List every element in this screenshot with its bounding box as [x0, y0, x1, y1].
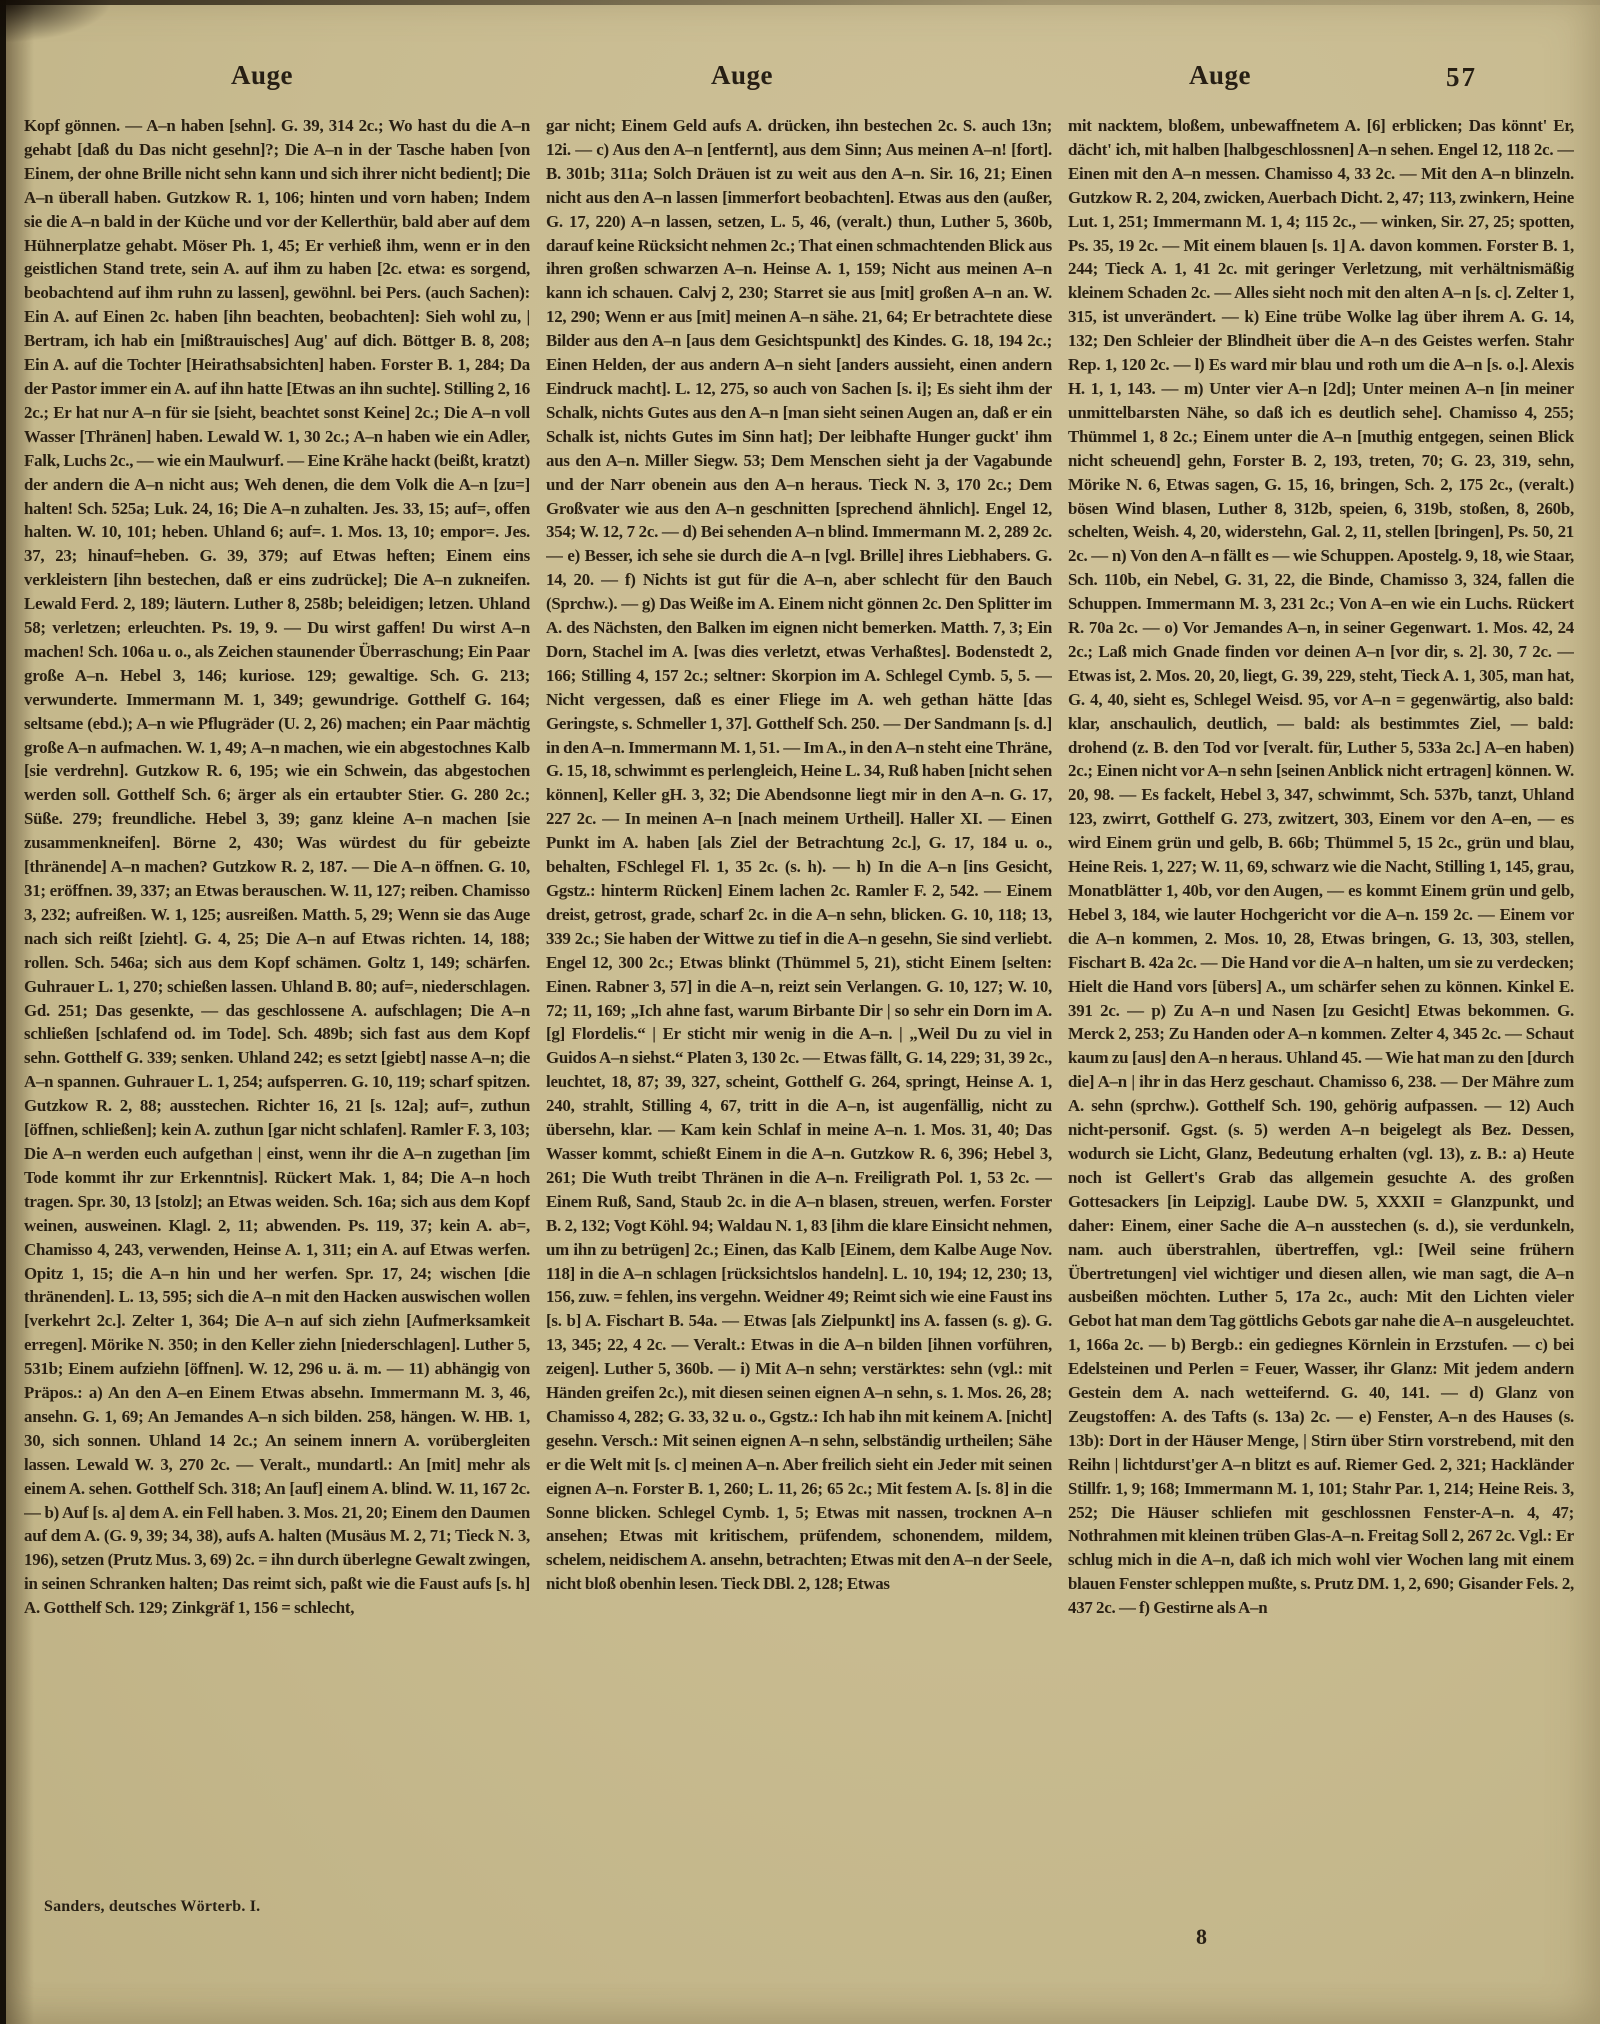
signature-mark: 8 [1196, 1924, 1207, 1950]
page-number: 57 [1446, 62, 1477, 93]
dictionary-column-1: Kopf gönnen. — A–n haben [sehn]. G. 39, … [24, 114, 530, 1912]
scan-corner-mark [0, 0, 110, 42]
dictionary-page: Auge Auge Auge 57 Kopf gönnen. — A–n hab… [0, 0, 1600, 2024]
running-head-column-1: Auge [231, 60, 293, 91]
running-head-column-3: Auge [1189, 60, 1251, 91]
dictionary-column-2: gar nicht; Einem Geld aufs A. drücken, i… [546, 114, 1052, 1912]
dictionary-column-3: mit nacktem, bloßem, unbewaffnetem A. [6… [1068, 114, 1574, 1912]
footer-imprint: Sanders, deutsches Wörterb. I. [44, 1898, 260, 1916]
scan-edge-top [0, 0, 1600, 5]
running-head-column-2: Auge [711, 60, 773, 91]
